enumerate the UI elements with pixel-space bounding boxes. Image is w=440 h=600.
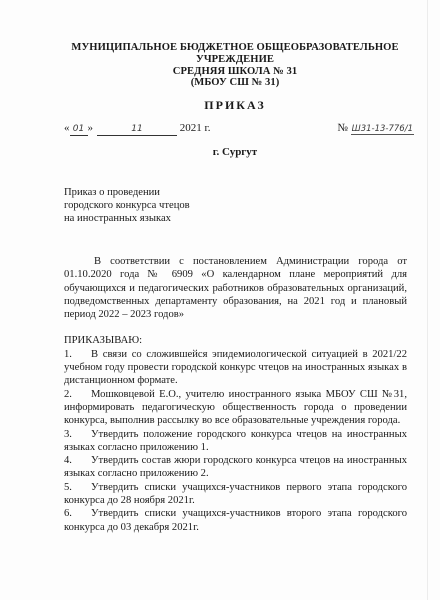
order-item-3: 3.Утвердить положение городского конкурс…: [64, 428, 407, 455]
item-number: 5.: [64, 481, 91, 494]
org-name-line-1: МУНИЦИПАЛЬНОЕ БЮДЖЕТНОЕ ОБЩЕОБРАЗОВАТЕЛЬ…: [40, 42, 430, 54]
org-abbreviation: (МБОУ СШ № 31): [40, 77, 430, 89]
city-name: г. Сургут: [40, 146, 430, 158]
order-item-1: 1.В связи со сложившейся эпидемиологичес…: [64, 348, 407, 388]
order-item-5: 5.Утвердить списки учащихся-участников п…: [64, 481, 407, 508]
item-number: 2.: [64, 388, 91, 401]
org-name-line-2: УЧРЕЖДЕНИЕ: [40, 54, 430, 66]
subject-line-3: на иностранных языках: [64, 212, 264, 225]
date-year: 2021 г.: [180, 122, 211, 134]
orders-label: ПРИКАЗЫВАЮ:: [64, 334, 407, 347]
scan-edge-line: [427, 0, 428, 600]
document-number: № Ш31-13-776/1: [337, 122, 414, 134]
document-date: «01»11 2021 г.: [64, 122, 211, 136]
handwritten-month: 11: [97, 123, 177, 136]
item-number: 3.: [64, 428, 91, 441]
item-text: Утвердить положение городского конкурса …: [64, 429, 407, 453]
date-number-row: «01»11 2021 г. № Ш31-13-776/1: [64, 122, 414, 138]
order-item-6: 6.Утвердить списки учащихся-участников в…: [64, 507, 407, 534]
item-text: Утвердить списки учащихся-участников вто…: [64, 508, 407, 532]
order-item-4: 4.Утвердить состав жюри городского конку…: [64, 454, 407, 481]
item-text: Утвердить состав жюри городского конкурс…: [64, 455, 407, 479]
item-text: Утвердить списки учащихся-участников пер…: [64, 482, 407, 506]
order-item-2: 2.Мошковцевой Е.О., учителю иностранного…: [64, 388, 407, 428]
document-page: МУНИЦИПАЛЬНОЕ БЮДЖЕТНОЕ ОБЩЕОБРАЗОВАТЕЛЬ…: [0, 0, 440, 600]
document-title: ПРИКАЗ: [40, 98, 430, 113]
subject-line-2: городского конкурса чтецов: [64, 199, 264, 212]
item-number: 1.: [64, 348, 91, 361]
order-body: В соответствии с постановлением Админист…: [64, 255, 407, 534]
item-text: В связи со сложившейся эпидемиологическо…: [64, 349, 407, 387]
item-text: Мошковцевой Е.О., учителю иностранного я…: [64, 389, 407, 427]
close-quote: »: [88, 122, 94, 134]
item-number: 6.: [64, 507, 91, 520]
org-name-line-3: СРЕДНЯЯ ШКОЛА № 31: [40, 66, 430, 78]
preamble-paragraph: В соответствии с постановлением Админист…: [64, 255, 407, 321]
handwritten-day: 01: [70, 123, 88, 136]
item-number: 4.: [64, 454, 91, 467]
organization-header: МУНИЦИПАЛЬНОЕ БЮДЖЕТНОЕ ОБЩЕОБРАЗОВАТЕЛЬ…: [40, 42, 430, 89]
subject-line-1: Приказ о проведении: [64, 186, 264, 199]
handwritten-number: Ш31-13-776/1: [351, 124, 414, 135]
order-subject: Приказ о проведении городского конкурса …: [64, 186, 264, 225]
number-sign: №: [337, 122, 348, 134]
